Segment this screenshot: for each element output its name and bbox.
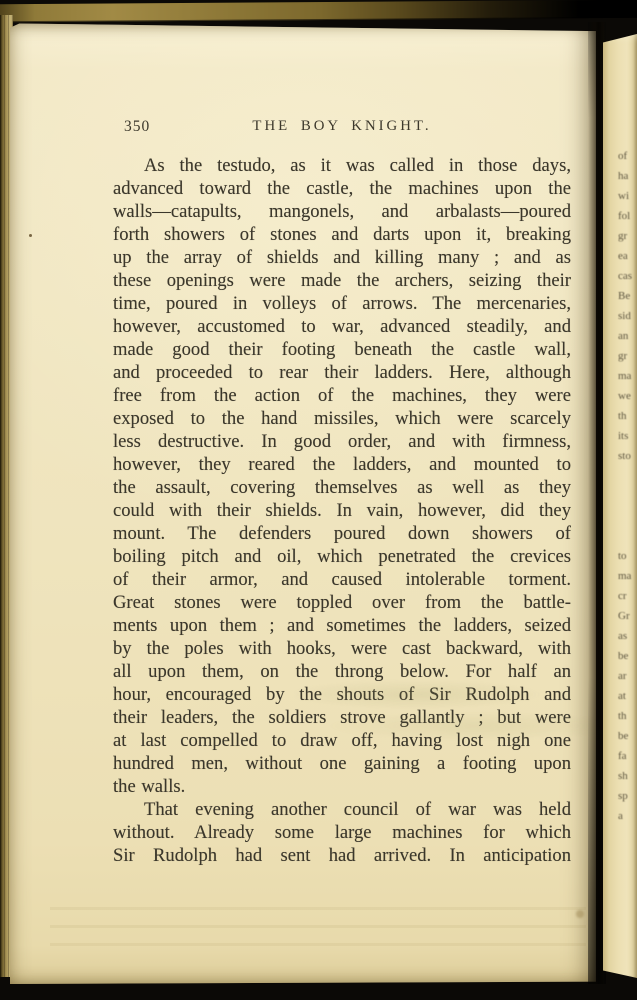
text-line: walls—catapults, mangonels, and arbalast… — [113, 200, 571, 223]
fragment-text: ea — [618, 246, 637, 266]
text-line: the assault, covering themselves as well… — [113, 476, 571, 499]
text-line: Great stones were toppled over from the … — [113, 591, 571, 614]
text-line: made good their footing beneath the cast… — [113, 338, 571, 361]
facing-page-edge: ofhawifolgreacasBesidangrmawethitsstotom… — [603, 34, 637, 978]
fragment-text — [618, 466, 637, 486]
fragment-text: at — [618, 686, 637, 706]
fragment-text: fa — [618, 746, 637, 766]
fragment-text: its — [618, 426, 637, 446]
text-line: advanced toward the castle, the machines… — [113, 177, 571, 200]
fragment-text: cr — [618, 586, 637, 606]
fragment-text: wi — [618, 186, 637, 206]
fragment-text — [618, 486, 637, 506]
fragment-text: be — [618, 646, 637, 666]
fragment-text: Be — [618, 286, 637, 306]
text-line: and proceeded to rear their ladders. Her… — [113, 361, 571, 384]
text-line: boiling pitch and oil, which penetrated … — [113, 545, 571, 568]
fragment-text: an — [618, 326, 637, 346]
text-line: ments upon them ; and sometimes the ladd… — [113, 614, 571, 637]
text-line: free from the action of the machines, th… — [113, 384, 571, 407]
text-line: exposed to the hand missiles, which were… — [113, 407, 571, 430]
fragment-text: th — [618, 706, 637, 726]
fragment-text: sp — [618, 786, 637, 806]
text-line: forth showers of stones and darts upon i… — [113, 223, 571, 246]
fragment-text: be — [618, 726, 637, 746]
fragment-text: ar — [618, 666, 637, 686]
page-header: 350 THE BOY KNIGHT. — [113, 118, 571, 140]
book-gilt-top-edge — [0, 0, 637, 22]
running-title: THE BOY KNIGHT. — [113, 118, 571, 135]
text-line: the walls. — [113, 775, 571, 798]
fragment-text: of — [618, 146, 637, 166]
text-line: however, they reared the ladders, and mo… — [113, 453, 571, 476]
fragment-text: sid — [618, 306, 637, 326]
fragment-text: cas — [618, 266, 637, 286]
fragment-text: ma — [618, 566, 637, 586]
text-line: of their armor, and caused intolerable t… — [113, 568, 571, 591]
text-line: all upon them, on the throng below. For … — [113, 660, 571, 683]
paper-speck — [576, 910, 584, 918]
fragment-text: ha — [618, 166, 637, 186]
text-line: could with their shields. In vain, howev… — [113, 499, 571, 522]
text-line: less destructive. In good order, and wit… — [113, 430, 571, 453]
text-line: That evening another council of war was … — [113, 798, 571, 821]
fragment-text: ma — [618, 366, 637, 386]
fragment-text: sh — [618, 766, 637, 786]
fragment-text: a — [618, 806, 637, 826]
text-line: up the array of shields and killing many… — [113, 246, 571, 269]
fragment-text: sto — [618, 446, 637, 466]
paper-speck — [29, 234, 32, 237]
text-line: however, accustomed to war, advanced ste… — [113, 315, 571, 338]
text-line: without. Already some large machines for… — [113, 821, 571, 844]
fragment-text: gr — [618, 346, 637, 366]
text-line: their leaders, the soldiers strove galla… — [113, 706, 571, 729]
text-line: at last compelled to draw off, having lo… — [113, 729, 571, 752]
fragment-text — [618, 506, 637, 526]
photographed-book-spread: { "book": { "page_number": "350", "runni… — [0, 0, 637, 1000]
text-line: by the poles with hooks, were cast backw… — [113, 637, 571, 660]
text-line: hour, encouraged by the shouts of Sir Ru… — [113, 683, 571, 706]
text-block: As the testudo, as it was called in thos… — [113, 154, 571, 867]
fragment-text: Gr — [618, 606, 637, 626]
text-line: time, poured in volleys of arrows. The m… — [113, 292, 571, 315]
book-page: 350 THE BOY KNIGHT. As the testudo, as i… — [10, 22, 596, 984]
fragment-text: we — [618, 386, 637, 406]
text-line: As the testudo, as it was called in thos… — [113, 154, 571, 177]
fragment-text: gr — [618, 226, 637, 246]
text-line: mount. The defenders poured down showers… — [113, 522, 571, 545]
text-line: hundred men, without one gaining a footi… — [113, 752, 571, 775]
fragment-text: th — [618, 406, 637, 426]
fragment-text: to — [618, 546, 637, 566]
fragment-text: fol — [618, 206, 637, 226]
fragment-text: as — [618, 626, 637, 646]
text-line: Sir Rudolph had sent had arrived. In ant… — [113, 844, 571, 867]
facing-page-fragments: ofhawifolgreacasBesidangrmawethitsstotom… — [618, 146, 637, 826]
text-line: these openings were made the archers, se… — [113, 269, 571, 292]
fragment-text — [618, 526, 637, 546]
